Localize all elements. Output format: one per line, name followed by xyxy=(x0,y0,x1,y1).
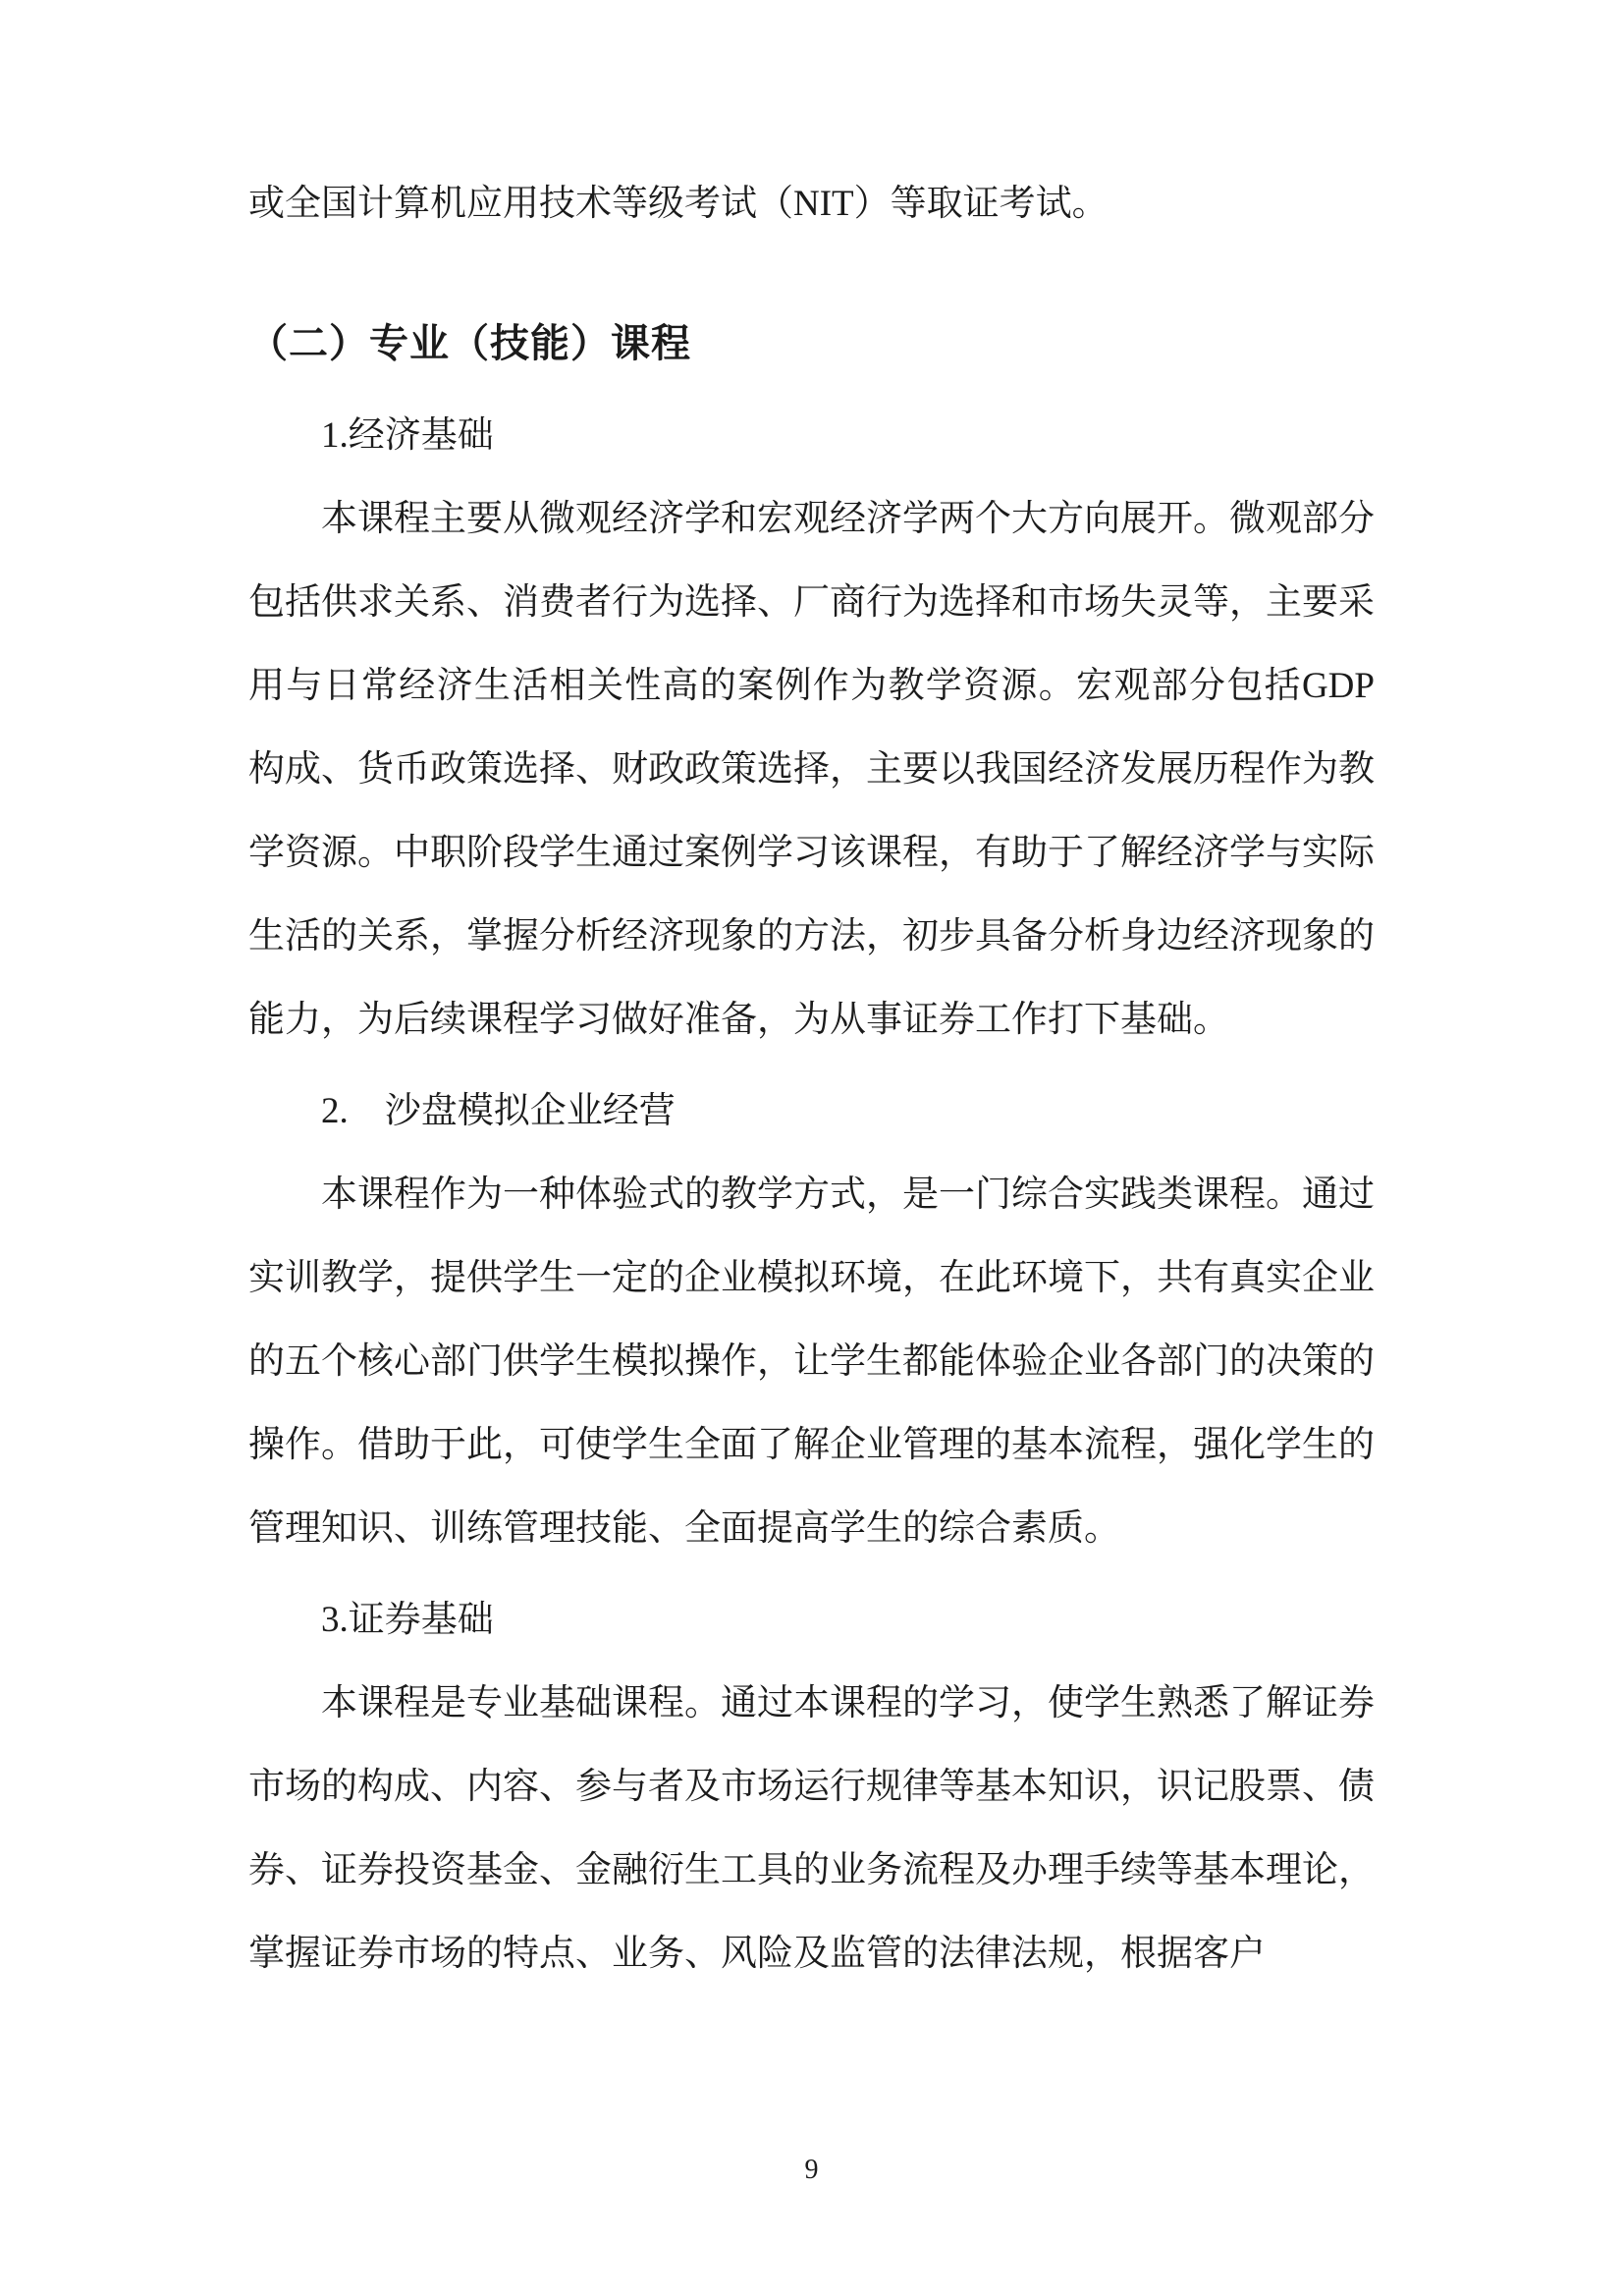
course-section-economics: 1.经济基础 本课程主要从微观经济学和宏观经济学两个大方向展开。微观部分包括供求… xyxy=(248,394,1375,1062)
document-page: 或全国计算机应用技术等级考试（NIT）等取证考试。 （二）专业（技能）课程 1.… xyxy=(0,0,1623,2296)
course-section-securities-basics: 3.证券基础 本课程是专业基础课程。通过本课程的学习，使学生熟悉了解证券市场的构… xyxy=(248,1578,1375,1995)
course-paragraph: 本课程作为一种体验式的教学方式，是一门综合实践类课程。通过实训教学，提供学生一定… xyxy=(248,1153,1375,1570)
course-section-sandbox-simulation: 2. 沙盘模拟企业经营 本课程作为一种体验式的教学方式，是一门综合实践类课程。通… xyxy=(248,1069,1375,1570)
course-paragraph: 本课程是专业基础课程。通过本课程的学习，使学生熟悉了解证券市场的构成、内容、参与… xyxy=(248,1662,1375,1995)
page-number: 9 xyxy=(0,2151,1623,2190)
course-title: 3.证券基础 xyxy=(248,1578,1375,1662)
course-title: 2. 沙盘模拟企业经营 xyxy=(248,1069,1375,1153)
section-heading: （二）专业（技能）课程 xyxy=(248,302,1375,386)
page-content: 或全国计算机应用技术等级考试（NIT）等取证考试。 （二）专业（技能）课程 1.… xyxy=(248,162,1375,1995)
intro-line: 或全国计算机应用技术等级考试（NIT）等取证考试。 xyxy=(248,162,1375,246)
course-title: 1.经济基础 xyxy=(248,394,1375,477)
course-paragraph: 本课程主要从微观经济学和宏观经济学两个大方向展开。微观部分包括供求关系、消费者行… xyxy=(248,477,1375,1062)
